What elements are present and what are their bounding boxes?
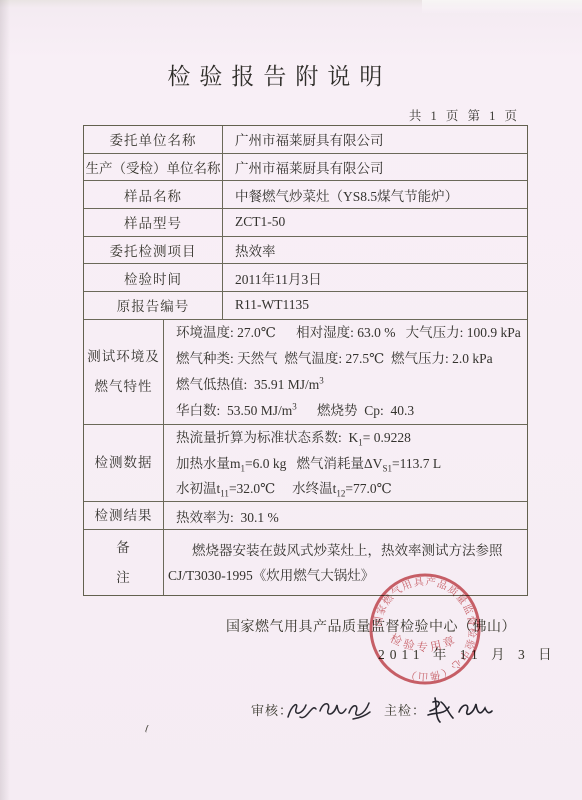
- table-row-manufacturer-name: 生产（受检）单位名称 广州市福莱厨具有限公司: [84, 153, 527, 181]
- section-label: 检测结果: [84, 502, 164, 529]
- section-label: 测试环境及 燃气特性: [84, 320, 164, 425]
- result-value: 热效率为: 30.1 %: [164, 502, 527, 529]
- row-value: 热效率: [223, 237, 527, 264]
- table-row-test-items: 委托检测项目 热效率: [84, 236, 527, 264]
- row-label: 委托单位名称: [84, 126, 223, 153]
- row-label: 原报告编号: [84, 292, 223, 319]
- data-line-3: 水初温t11=32.0℃ 水终温t12=77.0℃: [176, 476, 527, 501]
- row-value: 广州市福莱厨具有限公司: [223, 126, 527, 153]
- reviewer-signature-handwriting: [283, 694, 375, 730]
- data-line-2: 加热水量m1=6.0 kg 燃气消耗量ΔVS1=113.7 L: [176, 451, 527, 476]
- table-row-test-date: 检验时间 2011年11月3日: [84, 263, 527, 291]
- row-label: 生产（受检）单位名称: [84, 154, 223, 181]
- svg-text:检验专用章: 检验专用章: [388, 631, 460, 654]
- signature-row: 审核： 主检：: [0, 694, 582, 734]
- row-value: 中餐燃气炒菜灶（YS8.5煤气节能炉）: [223, 181, 527, 208]
- table-row-sample-model: 样品型号 ZCT1-50: [84, 208, 527, 236]
- row-value: R11-WT1135: [223, 292, 527, 319]
- row-value: 广州市福莱厨具有限公司: [223, 154, 527, 181]
- table-row-original-report-no: 原报告编号 R11-WT1135: [84, 291, 527, 319]
- table-row-sample-name: 样品名称 中餐燃气炒菜灶（YS8.5煤气节能炉）: [84, 180, 527, 208]
- row-label: 样品名称: [84, 181, 223, 208]
- section-content: 热流量折算为标准状态系数: K1= 0.9228 加热水量m1=6.0 kg 燃…: [164, 425, 527, 501]
- page-count: 共 1 页 第 1 页: [409, 106, 520, 124]
- section-label: 备 注: [84, 530, 164, 595]
- row-label: 样品型号: [84, 209, 223, 236]
- chief-inspector-label: 主检：: [384, 700, 426, 719]
- stamp-ring: [371, 575, 479, 683]
- env-line-4: 华白数: 53.50 MJ/m3 燃烧势 Cp: 40.3: [176, 398, 527, 424]
- section-test-data: 检测数据 热流量折算为标准状态系数: K1= 0.9228 加热水量m1=6.0…: [84, 424, 527, 501]
- section-test-environment: 测试环境及 燃气特性 环境温度: 27.0℃ 相对湿度: 63.0 % 大气压力…: [84, 319, 527, 425]
- row-label: 检验时间: [84, 264, 223, 291]
- env-line-1: 环境温度: 27.0℃ 相对湿度: 63.0 % 大气压力: 100.9 kPa: [176, 320, 527, 346]
- section-test-result: 检测结果 热效率为: 30.1 %: [84, 501, 527, 529]
- env-line-2: 燃气种类: 天然气 燃气温度: 27.5℃ 燃气压力: 2.0 kPa: [176, 346, 527, 372]
- table-row-client-name: 委托单位名称 广州市福莱厨具有限公司: [84, 126, 527, 153]
- page-title: 检验报告附说明: [0, 58, 559, 91]
- stamp-center-text: 检验专用章: [388, 631, 460, 654]
- row-label: 委托检测项目: [84, 237, 223, 264]
- inspector-signature-handwriting: [424, 694, 494, 730]
- scanned-report-page: 检验报告附说明 共 1 页 第 1 页 委托单位名称 广州市福莱厨具有限公司 生…: [0, 0, 582, 800]
- row-value: 2011年11月3日: [223, 264, 527, 291]
- report-table: 委托单位名称 广州市福莱厨具有限公司 生产（受检）单位名称 广州市福莱厨具有限公…: [83, 125, 528, 596]
- row-value: ZCT1-50: [223, 209, 527, 236]
- env-line-3: 燃气低热值: 35.91 MJ/m3: [176, 372, 527, 398]
- section-label: 检测数据: [84, 425, 164, 501]
- official-red-stamp: 国家燃气用具产品质量监督检验中心（佛山） 检验专用章: [355, 559, 495, 699]
- data-line-1: 热流量折算为标准状态系数: K1= 0.9228: [176, 425, 527, 450]
- section-content: 环境温度: 27.0℃ 相对湿度: 63.0 % 大气压力: 100.9 kPa…: [164, 320, 527, 425]
